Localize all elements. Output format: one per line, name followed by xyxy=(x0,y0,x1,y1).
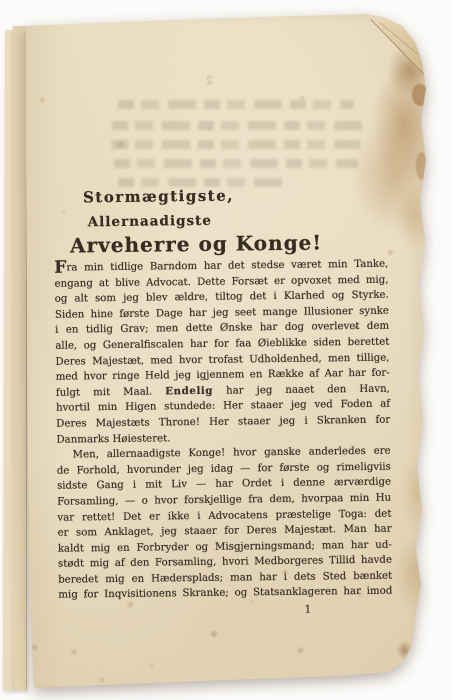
show-through-line xyxy=(118,100,354,109)
foxing-spot xyxy=(300,96,304,100)
torn-edge-chip xyxy=(412,84,428,106)
foxing-spot xyxy=(150,664,153,667)
drop-cap: F xyxy=(54,258,66,278)
foxing-spot xyxy=(32,645,37,650)
edge-stain xyxy=(402,456,432,528)
show-through-line xyxy=(114,159,358,168)
foxing-spot xyxy=(298,648,303,653)
foxing-spot xyxy=(62,210,65,213)
page-content: Stormægtigste, Allernaadigste Arveherre … xyxy=(51,0,385,3)
foxing-spot xyxy=(118,142,123,147)
text-segment: har jeg naaet den Havn, xyxy=(213,383,390,396)
text-segment: fulgt mit Maal. xyxy=(56,386,165,398)
show-through-line xyxy=(112,140,360,149)
book-page-wrap: 2 xyxy=(0,0,451,700)
text-line-rest: ra min tidlige Barndom har det stedse væ… xyxy=(66,259,388,274)
edge-stain xyxy=(396,538,432,610)
foxing-spot xyxy=(72,650,76,654)
heading-line-3: Arveherre og Konge! xyxy=(29,230,363,258)
show-through-page-number: 2 xyxy=(206,74,213,87)
foxing-spot xyxy=(397,641,412,659)
foxing-spot xyxy=(40,98,44,102)
foxing-spot xyxy=(388,250,393,255)
book-page: 2 xyxy=(0,0,451,700)
torn-edge-chip xyxy=(416,152,427,180)
water-stain xyxy=(396,186,434,250)
page-number: 1 xyxy=(304,604,311,616)
body-text: Fra min tidlige Barndom har det stedse v… xyxy=(54,257,392,604)
foxing-spot xyxy=(208,128,211,131)
book-photo: 2 xyxy=(0,0,451,700)
bold-word: Endelig xyxy=(165,385,213,398)
foxing-spot xyxy=(211,631,217,637)
show-through-line xyxy=(112,121,364,130)
foxing-spot xyxy=(100,678,104,682)
